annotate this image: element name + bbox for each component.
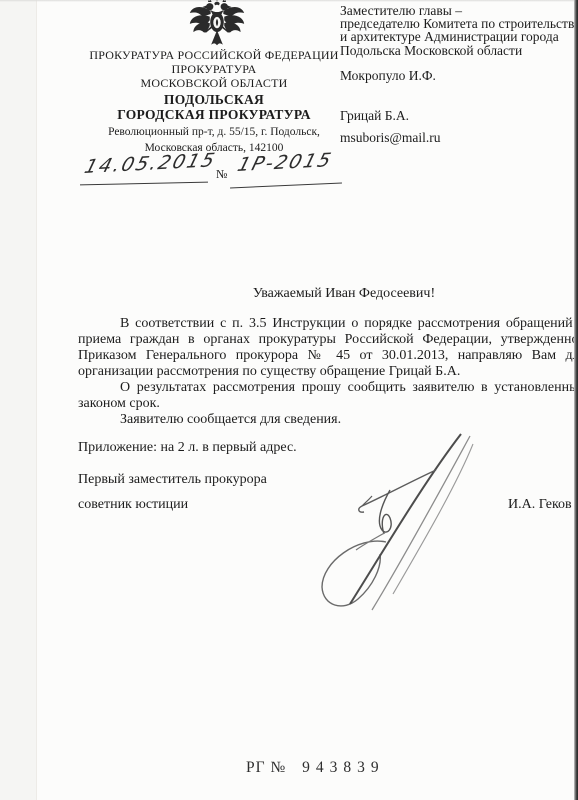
scan-top-edge (0, 0, 578, 2)
recipient-name: Мокропуло И.Ф. (340, 69, 578, 82)
org-name-line: МОСКОВСКОЙ ОБЛАСТИ (76, 76, 352, 90)
body-line: законом срок. (78, 396, 578, 412)
org-name-line: ПРОКУРАТУРА РОССИЙСКОЙ ФЕДЕРАЦИИ (76, 48, 352, 62)
salutation: Уважаемый Иван Федосеевич! (78, 286, 578, 302)
scanned-letter-page: ПРОКУРАТУРА РОССИЙСКОЙ ФЕДЕРАЦИИ ПРОКУРА… (0, 0, 578, 800)
body-line: В соответствии с п. 3.5 Инструкции о пор… (78, 316, 578, 332)
date-number-line: 14.05.2015 № 1Р-2015 (80, 155, 360, 195)
prosecutor-office-name: ПОДОЛЬСКАЯ (76, 92, 352, 107)
recipient-address-line: Подольска Московской области (340, 44, 578, 57)
recipient-address-line: и архитектуре Администрации города (340, 30, 578, 43)
body-line: Приказом Генерального прокурора № 45 от … (78, 348, 578, 364)
signature-scribble (298, 424, 503, 614)
signoff-rank: советник юстиции (78, 497, 188, 512)
handwritten-outgoing-number: 1Р-2015 (235, 149, 335, 176)
body-line: О результатах рассмотрения прошу сообщит… (78, 380, 578, 396)
registration-stamp: РГ № 943839 (246, 759, 385, 777)
recipient-email: msuboris@mail.ru (340, 131, 578, 144)
stamp-number: 943839 (302, 759, 385, 776)
copy-recipient-name: Грицай Б.А. (340, 109, 578, 122)
number-underline (230, 183, 342, 189)
org-name-line: ПРОКУРАТУРА (76, 62, 352, 76)
letterhead: ПРОКУРАТУРА РОССИЙСКОЙ ФЕДЕРАЦИИ ПРОКУРА… (76, 48, 352, 156)
office-address-line: Революционный пр-т, д. 55/15, г. Подольс… (76, 125, 352, 141)
russia-coat-of-arms-icon (188, 0, 246, 49)
number-sign: № (216, 167, 227, 182)
scan-left-margin (0, 0, 37, 800)
recipient-block: Заместителю главы – председателю Комитет… (340, 4, 578, 144)
signoff-name: И.А. Геков (508, 497, 572, 513)
body-line: организации рассмотрения по существу обр… (78, 364, 578, 380)
scan-right-edge (574, 0, 578, 800)
date-underline (80, 182, 208, 186)
body-line: приема граждан в органах прокуратуры Рос… (78, 332, 578, 348)
stamp-prefix: РГ № (246, 759, 286, 776)
prosecutor-office-name: ГОРОДСКАЯ ПРОКУРАТУРА (76, 107, 352, 122)
